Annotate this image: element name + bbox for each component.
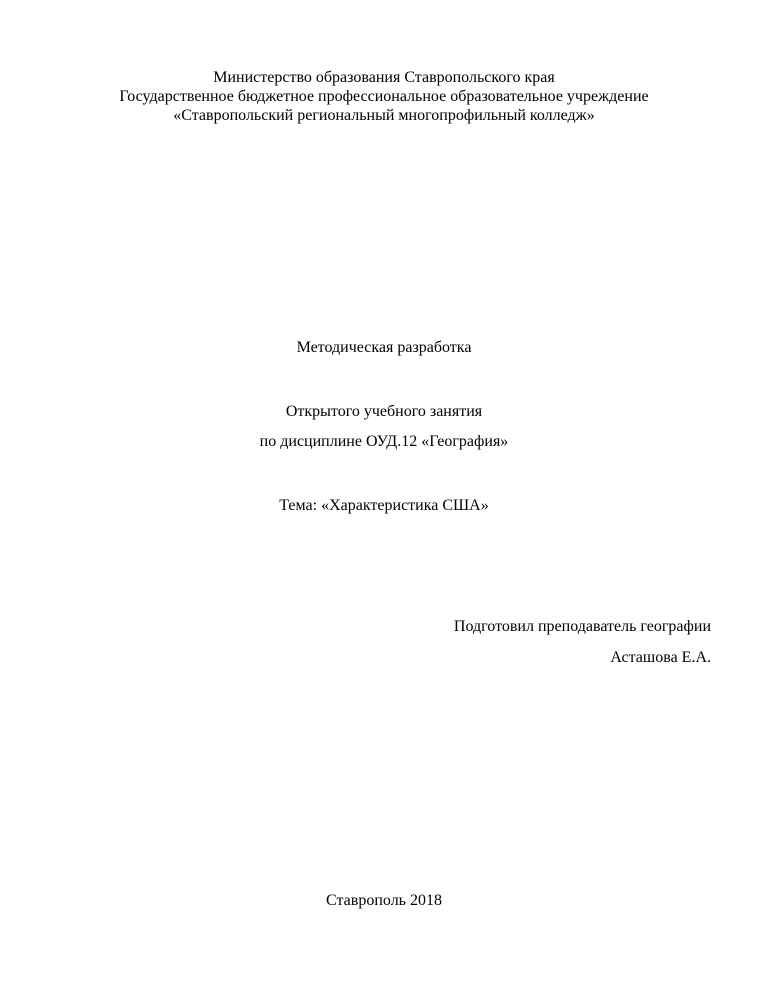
college-name-line: «Ставропольский региональный многопрофил… [0, 106, 768, 125]
city-year: Ставрополь 2018 [0, 891, 768, 910]
ministry-line: Министерство образования Ставропольского… [0, 68, 768, 87]
author-role: Подготовил преподаватель географии [454, 617, 711, 636]
document-type: Методическая разработка [0, 338, 768, 357]
author-name: Асташова Е.А. [610, 648, 711, 667]
lesson-line: Открытого учебного занятия [0, 402, 768, 421]
topic-line: Тема: «Характеристика США» [0, 496, 768, 515]
institution-type-line: Государственное бюджетное профессиональн… [0, 87, 768, 106]
discipline-line: по дисциплине ОУД.12 «География» [0, 432, 768, 451]
